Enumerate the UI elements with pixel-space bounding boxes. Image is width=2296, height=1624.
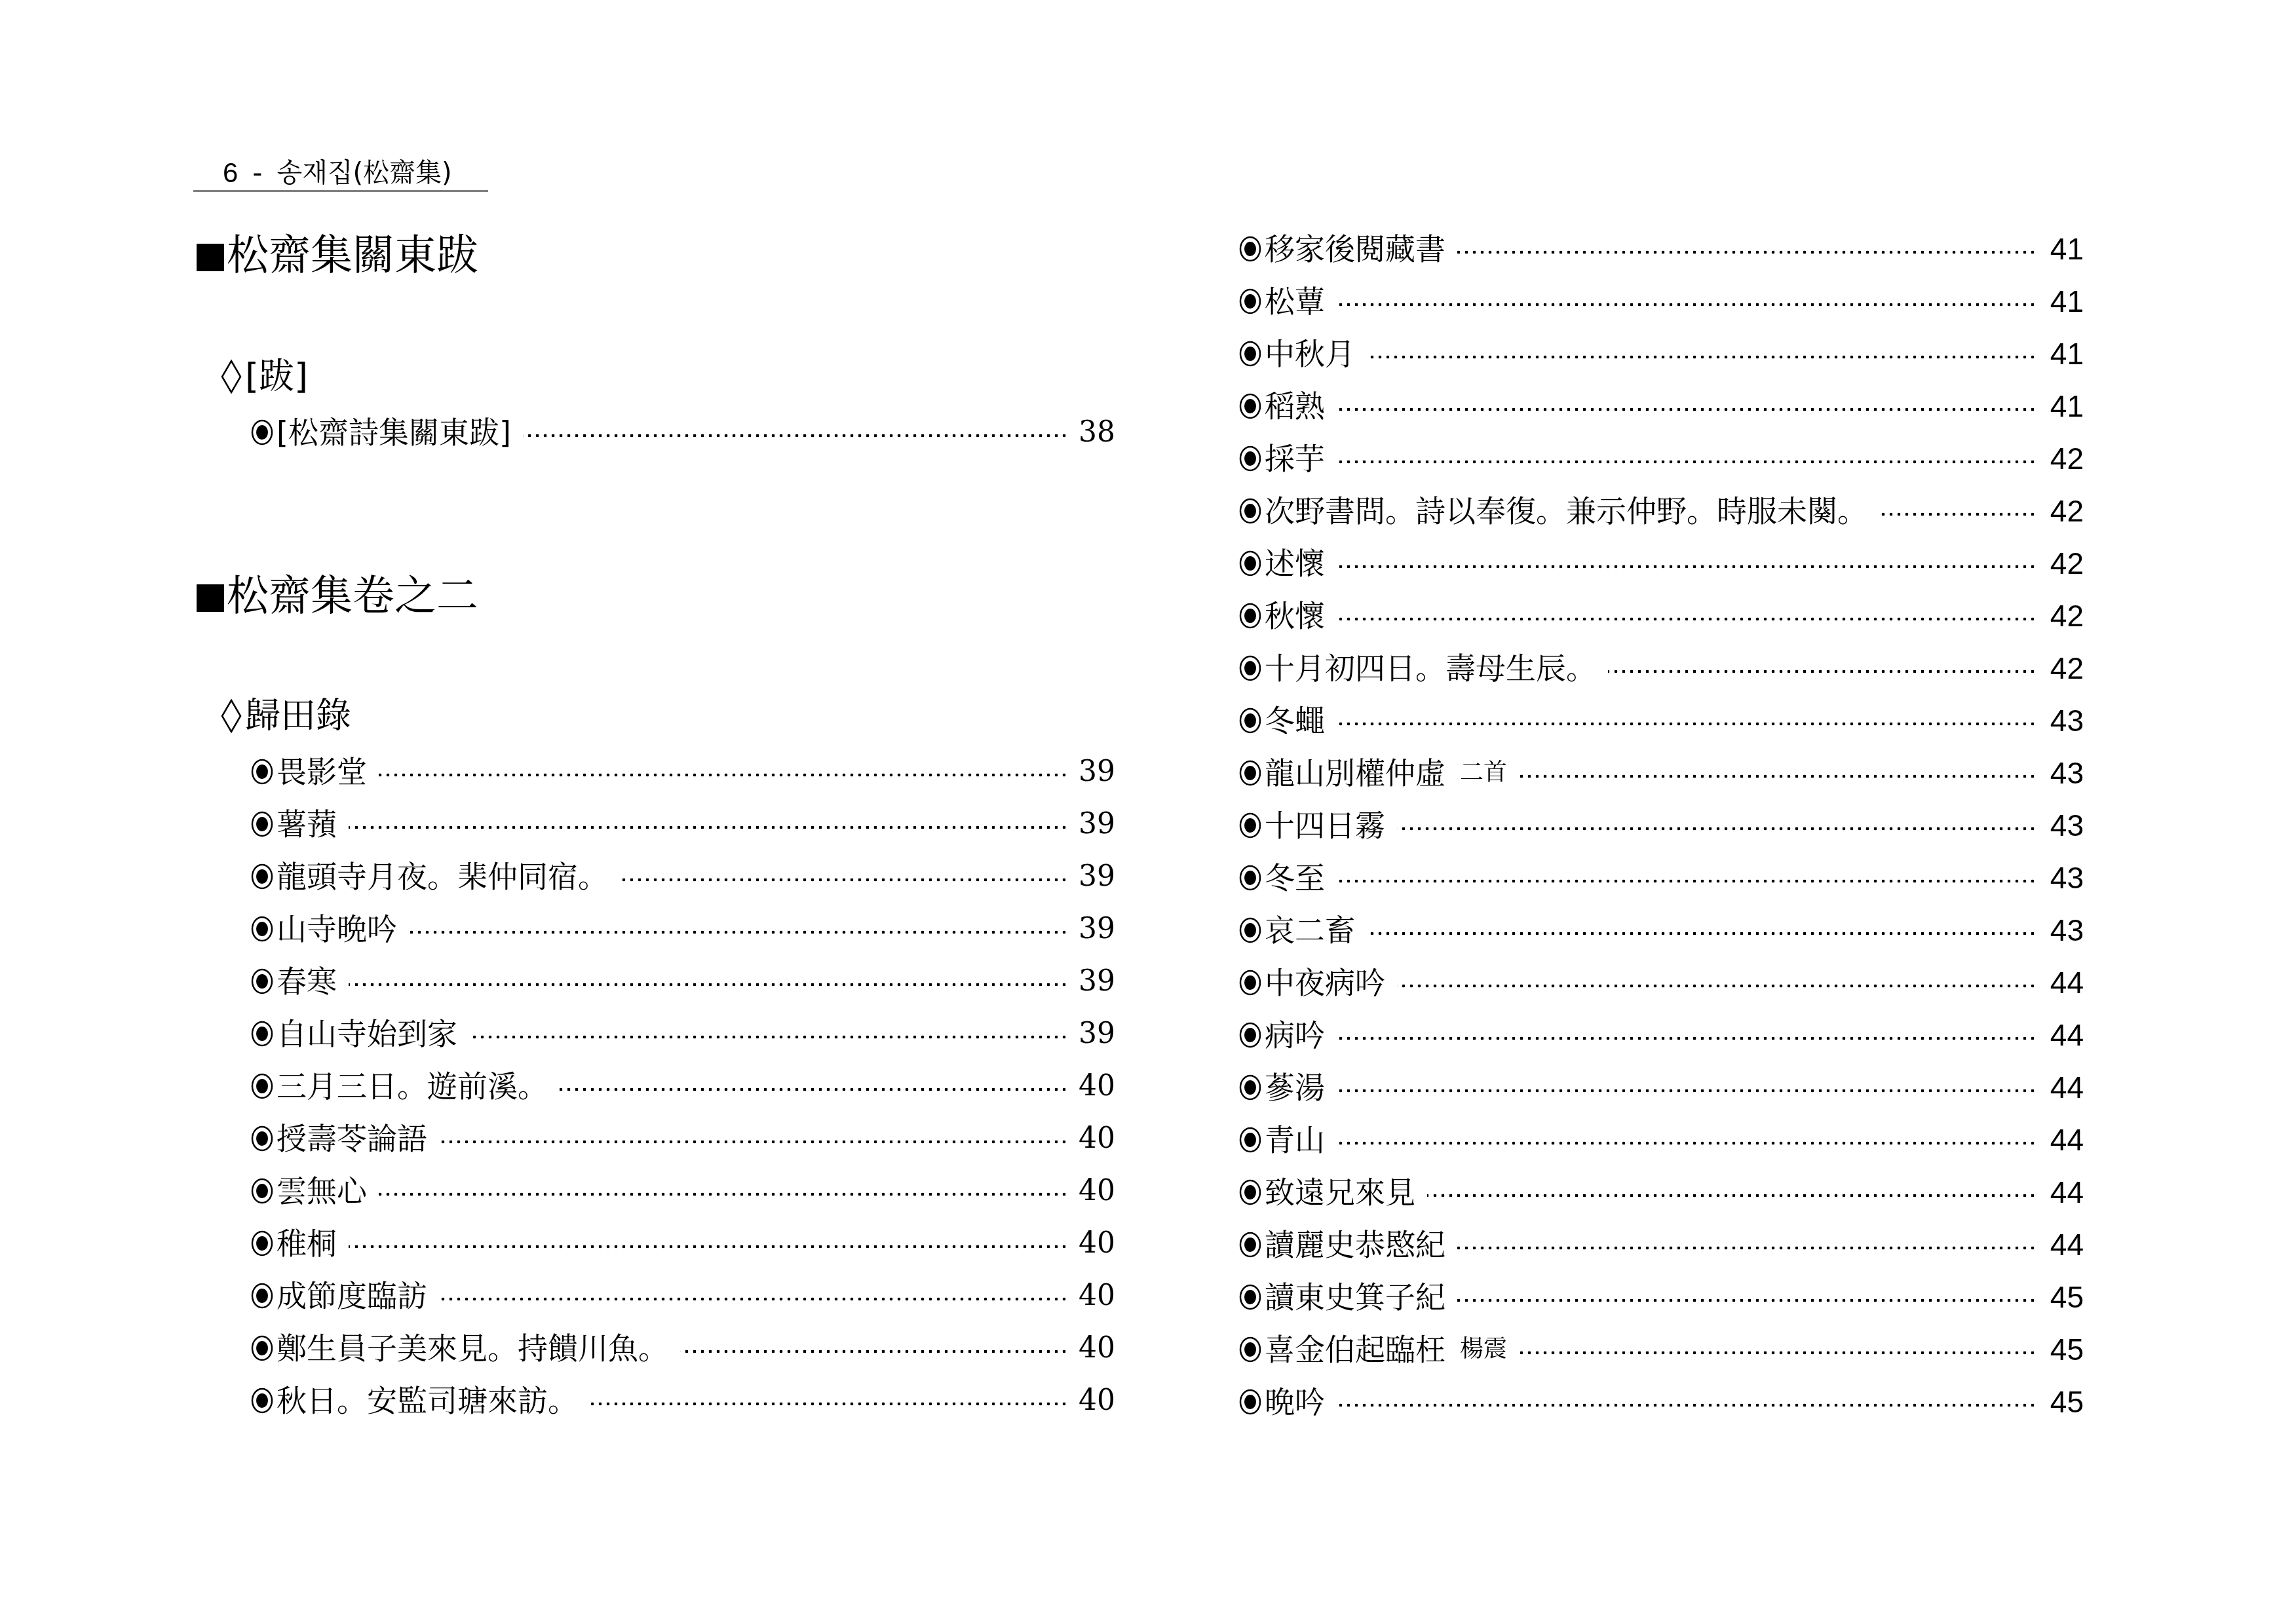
- page-ref: 42: [2046, 593, 2084, 639]
- fisheye-bullet-icon: [1238, 1336, 1262, 1363]
- toc-entry[interactable]: 成節度臨訪 40: [250, 1273, 1115, 1319]
- dot-leader: [379, 773, 1068, 777]
- entry-note: 二首: [1460, 750, 1507, 796]
- subsection-heading-gwijeonnok: 歸田錄: [220, 693, 351, 739]
- dot-leader: [680, 1350, 1068, 1353]
- fisheye-bullet-icon: [1238, 1232, 1262, 1258]
- fisheye-bullet-icon: [1238, 341, 1262, 367]
- diamond-icon: [220, 359, 242, 394]
- black-square-icon: [197, 244, 224, 271]
- fisheye-bullet-icon: [250, 759, 274, 785]
- page-ref: 39: [1077, 854, 1115, 899]
- entry-note: 楊震: [1460, 1327, 1507, 1372]
- toc-entry[interactable]: 述懷 42: [1238, 540, 2084, 586]
- fisheye-bullet-icon: [250, 1125, 274, 1152]
- fisheye-bullet-icon: [250, 1178, 274, 1204]
- toc-entry[interactable]: 中夜病吟 44: [1238, 960, 2084, 1006]
- page-ref: 41: [2046, 331, 2084, 377]
- dot-leader: [1367, 932, 2037, 935]
- fisheye-bullet-icon: [250, 1388, 274, 1414]
- toc-entry[interactable]: 哀二畜 43: [1238, 907, 2084, 953]
- page-ref: 44: [2046, 1065, 2084, 1110]
- toc-entry[interactable]: 山寺晩吟 39: [250, 906, 1115, 952]
- book-title: 송재집(松齋集): [277, 156, 452, 190]
- page-ref: 44: [2046, 1117, 2084, 1163]
- dot-leader: [379, 1192, 1068, 1196]
- page-ref: 43: [2046, 750, 2084, 796]
- dot-leader: [1337, 879, 2037, 883]
- dot-leader: [1337, 1089, 2037, 1093]
- fisheye-bullet-icon: [250, 419, 274, 445]
- fisheye-bullet-icon: [1238, 760, 1262, 786]
- toc-entry[interactable]: 龍頭寺月夜。棐仲同宿。 39: [250, 854, 1115, 899]
- toc-entry[interactable]: 十四日霧 43: [1238, 803, 2084, 848]
- page-ref: 44: [2046, 1169, 2084, 1215]
- toc-entry[interactable]: 冬至 43: [1238, 855, 2084, 901]
- toc-entry[interactable]: 秋日。安監司瑭來訪。 40: [250, 1378, 1115, 1424]
- page-ref: 44: [2046, 1012, 2084, 1058]
- fisheye-bullet-icon: [250, 1073, 274, 1099]
- fisheye-bullet-icon: [1238, 1179, 1262, 1205]
- dot-leader: [1337, 1403, 2037, 1407]
- dot-leader: [349, 983, 1068, 987]
- page-number: 6: [223, 156, 238, 190]
- dot-leader: [1337, 460, 2037, 464]
- fisheye-bullet-icon: [250, 863, 274, 890]
- toc-entry[interactable]: 讀東史箕子紀 45: [1238, 1274, 2084, 1320]
- toc-entry[interactable]: 中秋月 41: [1238, 331, 2084, 377]
- dot-leader: [1397, 827, 2037, 831]
- fisheye-bullet-icon: [1238, 1127, 1262, 1153]
- section-heading-volume-two: 松齋集卷之二: [197, 570, 478, 622]
- toc-entry[interactable]: [松齋詩集關東跋] 38: [250, 409, 1115, 455]
- page-ref: 43: [2046, 698, 2084, 744]
- page-ref: 41: [2046, 383, 2084, 429]
- fisheye-bullet-icon: [1238, 445, 1262, 472]
- page-ref: 41: [2046, 226, 2084, 272]
- page-ref: 42: [2046, 645, 2084, 691]
- page-ref: 40: [1077, 1116, 1115, 1161]
- toc-entry[interactable]: 致遠兄來見 44: [1238, 1169, 2084, 1215]
- fisheye-bullet-icon: [250, 916, 274, 942]
- page-ref: 40: [1077, 1063, 1115, 1109]
- toc-entry[interactable]: 讀麗史恭愍紀 44: [1238, 1222, 2084, 1268]
- page-ref: 42: [2046, 488, 2084, 534]
- fisheye-bullet-icon: [1238, 655, 1262, 681]
- fisheye-bullet-icon: [1238, 236, 1262, 262]
- page-ref: 45: [2046, 1379, 2084, 1425]
- dot-leader: [1879, 512, 2037, 516]
- page-ref: 40: [1077, 1378, 1115, 1424]
- toc-entry[interactable]: 病吟 44: [1238, 1012, 2084, 1058]
- dot-leader: [1337, 1036, 2037, 1040]
- fisheye-bullet-icon: [250, 1230, 274, 1256]
- page-ref: 38: [1077, 409, 1115, 455]
- dot-leader: [1337, 722, 2037, 726]
- dot-leader: [1457, 1246, 2037, 1250]
- section-heading-kwandong-bal: 松齋集關東跋: [197, 229, 478, 282]
- toc-entry[interactable]: 春寒 39: [250, 958, 1115, 1004]
- dot-leader: [1427, 1194, 2037, 1198]
- page-ref: 39: [1077, 1011, 1115, 1057]
- page-ref: 44: [2046, 960, 2084, 1006]
- toc-entry[interactable]: 晩吟 45: [1238, 1379, 2084, 1425]
- fisheye-bullet-icon: [250, 968, 274, 994]
- dot-leader: [1337, 303, 2037, 307]
- toc-entry[interactable]: 薯蕷 39: [250, 801, 1115, 847]
- toc-entry[interactable]: 次野書問。詩以奉復。兼示仲野。時服未闋。 42: [1238, 488, 2084, 534]
- toc-entry[interactable]: 採芋 42: [1238, 436, 2084, 482]
- dot-leader: [1367, 355, 2037, 359]
- dot-leader: [1457, 250, 2037, 254]
- dot-leader: [1608, 670, 2037, 673]
- dot-leader: [620, 878, 1068, 882]
- page-ref: 39: [1077, 801, 1115, 847]
- page-ref: 39: [1077, 749, 1115, 795]
- toc-entry[interactable]: 喜金伯起臨枉 楊震 45: [1238, 1327, 2084, 1372]
- toc-entry[interactable]: 三月三日。遊前溪。 40: [250, 1063, 1115, 1109]
- toc-entry[interactable]: 稻熟 41: [1238, 383, 2084, 429]
- page-ref: 39: [1077, 906, 1115, 952]
- page-ref: 43: [2046, 855, 2084, 901]
- dot-leader: [1337, 565, 2037, 569]
- fisheye-bullet-icon: [250, 1021, 274, 1047]
- toc-entry[interactable]: 蔘湯 44: [1238, 1065, 2084, 1110]
- page-ref: 40: [1077, 1273, 1115, 1319]
- page-ref: 40: [1077, 1325, 1115, 1371]
- fisheye-bullet-icon: [1238, 917, 1262, 943]
- dot-leader: [349, 1245, 1068, 1249]
- toc-entry[interactable]: 松蕈 41: [1238, 278, 2084, 324]
- dot-leader: [1337, 1141, 2037, 1145]
- page-ref: 39: [1077, 958, 1115, 1004]
- fisheye-bullet-icon: [1238, 708, 1262, 734]
- page-ref: 42: [2046, 540, 2084, 586]
- dot-leader: [1519, 774, 2037, 778]
- dot-leader: [1337, 617, 2037, 621]
- dot-leader: [469, 1035, 1068, 1039]
- fisheye-bullet-icon: [1238, 550, 1262, 576]
- fisheye-bullet-icon: [250, 1283, 274, 1309]
- toc-entry[interactable]: 自山寺始到家 39: [250, 1011, 1115, 1057]
- dot-leader: [439, 1140, 1068, 1144]
- dot-leader: [1457, 1298, 2037, 1302]
- toc-entry[interactable]: 十月初四日。壽母生辰。 42: [1238, 645, 2084, 691]
- page-ref: 45: [2046, 1327, 2084, 1372]
- page-ref: 42: [2046, 436, 2084, 482]
- toc-entry[interactable]: 秋懷 42: [1238, 593, 2084, 639]
- fisheye-bullet-icon: [1238, 288, 1262, 314]
- fisheye-bullet-icon: [1238, 812, 1262, 839]
- running-header: 6 - 송재집(松齋集): [193, 152, 488, 192]
- dot-leader: [1397, 984, 2037, 988]
- toc-entry[interactable]: 稚桐 40: [250, 1220, 1115, 1266]
- dot-leader: [1519, 1351, 2037, 1355]
- fisheye-bullet-icon: [1238, 393, 1262, 419]
- page-ref: 43: [2046, 803, 2084, 848]
- page-ref: 41: [2046, 278, 2084, 324]
- fisheye-bullet-icon: [1238, 865, 1262, 891]
- page-ref: 45: [2046, 1274, 2084, 1320]
- dot-leader: [439, 1297, 1068, 1301]
- fisheye-bullet-icon: [1238, 1389, 1262, 1415]
- page-ref: 44: [2046, 1222, 2084, 1268]
- toc-entry[interactable]: 龍山別權仲虛 二首 43: [1238, 750, 2084, 796]
- dot-leader: [523, 434, 1068, 438]
- fisheye-bullet-icon: [1238, 1074, 1262, 1101]
- dot-leader: [349, 825, 1068, 829]
- page-ref: 43: [2046, 907, 2084, 953]
- toc-entry[interactable]: 鄭生員子美來見。持饋川魚。 40: [250, 1325, 1115, 1371]
- fisheye-bullet-icon: [1238, 1284, 1262, 1310]
- diamond-icon: [220, 698, 242, 734]
- fisheye-bullet-icon: [1238, 603, 1262, 629]
- toc-entry[interactable]: 青山 44: [1238, 1117, 2084, 1163]
- fisheye-bullet-icon: [250, 811, 274, 837]
- toc-entry[interactable]: 雲無心 40: [250, 1168, 1115, 1214]
- page-ref: 40: [1077, 1168, 1115, 1214]
- fisheye-bullet-icon: [1238, 1022, 1262, 1048]
- header-separator: -: [252, 156, 262, 190]
- black-square-icon: [197, 584, 224, 612]
- dot-leader: [590, 1402, 1068, 1406]
- fisheye-bullet-icon: [250, 1335, 274, 1361]
- page-ref: 40: [1077, 1220, 1115, 1266]
- dot-leader: [409, 930, 1068, 934]
- toc-entry[interactable]: 移家後閱藏書 41: [1238, 226, 2084, 272]
- dot-leader: [1337, 407, 2037, 411]
- toc-entry[interactable]: 畏影堂 39: [250, 749, 1115, 795]
- dot-leader: [560, 1087, 1068, 1091]
- fisheye-bullet-icon: [1238, 498, 1262, 524]
- toc-entry[interactable]: 冬蠅 43: [1238, 698, 2084, 744]
- toc-entry[interactable]: 授壽苓論語 40: [250, 1116, 1115, 1161]
- fisheye-bullet-icon: [1238, 970, 1262, 996]
- subsection-heading-bal: [跋]: [220, 354, 308, 400]
